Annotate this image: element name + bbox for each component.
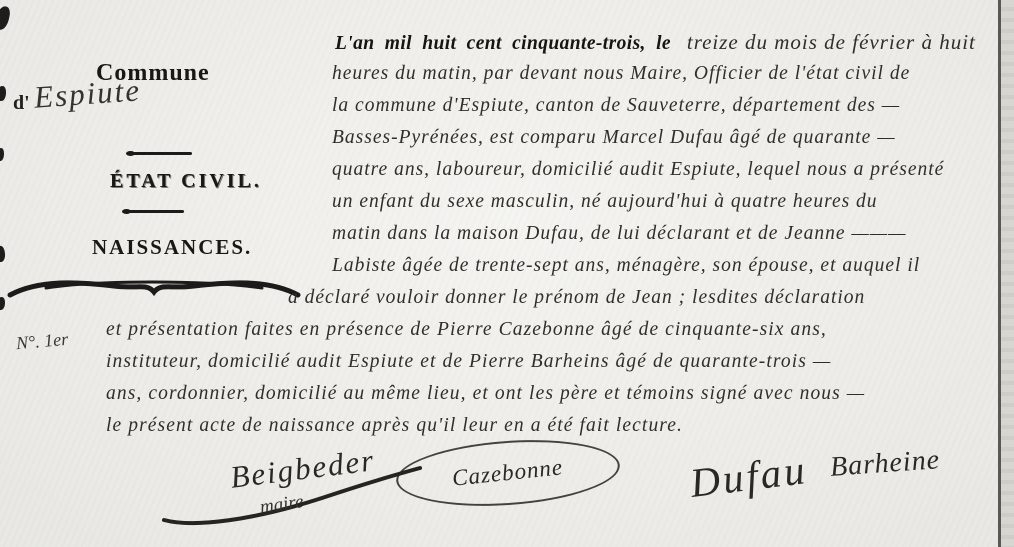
act-line: instituteur, domicilié audit Espiute et … <box>0 346 1010 378</box>
signature-barheine: Barheine <box>829 444 941 484</box>
act-line: heures du matin, par devant nous Maire, … <box>0 58 1010 90</box>
signature-dufau: Dufau <box>688 445 810 507</box>
act-line: a déclaré vouloir donner le prénom de Je… <box>0 282 1010 314</box>
printed-opening-text: L'an mil huit cent cinquante-trois, le <box>335 33 671 54</box>
act-body: L'an mil huit cent cinquante-trois, le t… <box>0 26 1010 442</box>
act-line: Labiste âgée de trente-sept ans, ménagèr… <box>0 250 1010 282</box>
scan-edge-strip <box>1001 0 1014 547</box>
scanned-register-page: Commune d' Espiute ÉTAT CIVIL. NAISSANCE… <box>0 0 1014 547</box>
signature-cazebonne-oval: Cazebonne <box>394 433 622 512</box>
act-line: le présent acte de naissance après qu'il… <box>0 410 1010 442</box>
act-opening-line: L'an mil huit cent cinquante-trois, le t… <box>0 26 1010 58</box>
act-line: et présentation faites en présence de Pi… <box>0 314 1010 346</box>
act-line: quatre ans, laboureur, domicilié audit E… <box>0 154 1010 186</box>
signature-cazebonne: Cazebonne <box>451 454 564 491</box>
act-line: ans, cordonnier, domicilié au même lieu,… <box>0 378 1010 410</box>
act-line: la commune d'Espiute, canton de Sauveter… <box>0 90 1010 122</box>
handwritten-date-text: treize du mois de février à huit <box>687 30 976 54</box>
act-line: un enfant du sexe masculin, né aujourd'h… <box>0 186 1010 218</box>
act-line: matin dans la maison Dufau, de lui décla… <box>0 218 1010 250</box>
act-line: Basses-Pyrénées, est comparu Marcel Dufa… <box>0 122 1010 154</box>
